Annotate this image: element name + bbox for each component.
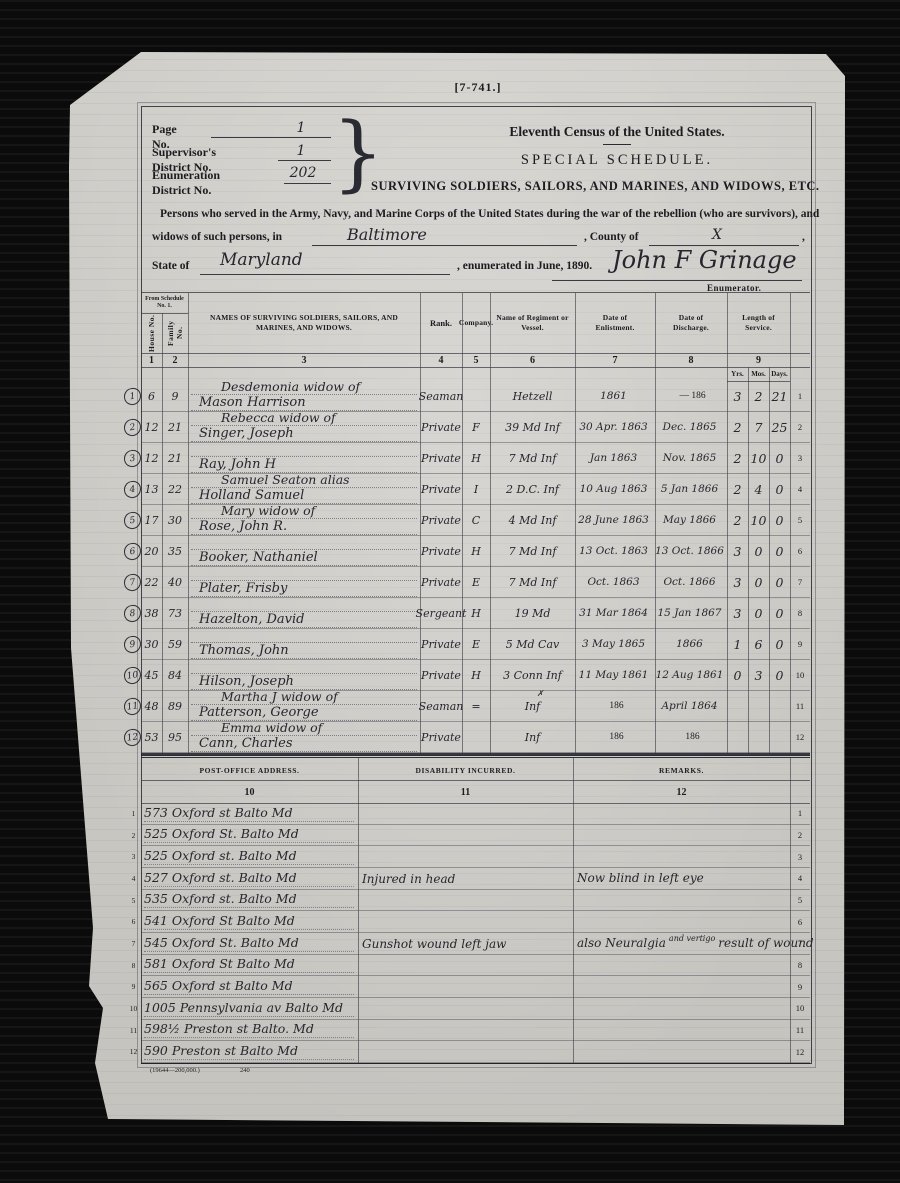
service-years: 2 <box>727 505 748 535</box>
row-number: 5 <box>790 505 810 535</box>
row-tally-mark: 11 <box>123 697 142 716</box>
service-years: 2 <box>727 474 748 504</box>
row-number-left: 6 <box>127 911 140 932</box>
discharge-date: 12 Aug 1861 <box>655 660 727 690</box>
table-row: 10 45 84 Hilson, Joseph Private H 3 Conn… <box>141 660 810 691</box>
enlistment-date: 11 May 1861 <box>575 660 655 690</box>
length-sub-mos: Mos. <box>748 367 769 381</box>
regiment: 19 Md <box>490 598 575 628</box>
service-days: 0 <box>769 629 790 659</box>
table-row: 10 1005 Pennsylvania av Balto Md 10 <box>141 998 810 1020</box>
table-row: 12 53 95 Emma widow of Cann, Charles Pri… <box>141 722 810 753</box>
family-no: 59 <box>162 629 188 659</box>
discharge-date: Dec. 1865 <box>655 412 727 442</box>
col-header-length: Length of Service. <box>733 301 784 345</box>
regiment-annotation: ✗ <box>537 689 544 698</box>
document-page: ✓ [7-741.] Page No. 1 Supervisor's Distr… <box>66 48 848 1130</box>
service-years <box>727 691 748 721</box>
soldier-name: Singer, Joseph <box>191 426 417 442</box>
row-number-left: 12 <box>127 1041 140 1062</box>
disability: Injured in head <box>362 872 570 886</box>
service-days: 21 <box>769 381 790 411</box>
service-months <box>748 691 769 721</box>
enlistment-date: Jan 1863 <box>575 443 655 473</box>
rank: Private <box>420 505 462 535</box>
rank: Private <box>420 474 462 504</box>
family-no: 73 <box>162 598 188 628</box>
remarks: also Neuralgia and vertigo result of wou… <box>577 936 789 951</box>
soldier-name: Thomas, John <box>191 643 417 659</box>
regiment: 39 Md Inf <box>490 412 575 442</box>
service-days: 0 <box>769 536 790 566</box>
table-row: 1 6 9 Desdemonia widow of Mason Harrison… <box>141 381 810 412</box>
enlistment-date: 13 Oct. 1863 <box>575 536 655 566</box>
discharge-date: April 1864 <box>655 691 727 721</box>
col-number: 5 <box>462 353 490 367</box>
regiment: 2 D.C. Inf <box>490 474 575 504</box>
rank: Sergeant <box>420 598 462 628</box>
name-cell: Emma widow of Cann, Charles <box>188 722 420 752</box>
house-no: 45 <box>141 660 162 690</box>
enlistment-date: 31 Mar 1864 <box>575 598 655 628</box>
intro-line2: widows of such persons, in Baltimore , C… <box>152 229 812 247</box>
company <box>462 381 490 411</box>
post-office-address: 527 Oxford st. Balto Md <box>144 870 354 887</box>
enlistment-date: 186 <box>575 691 655 721</box>
soldier-name: Cann, Charles <box>191 736 417 752</box>
print-code-2: 240 <box>240 1067 250 1074</box>
length-sub-yrs: Yrs. <box>727 367 748 381</box>
table-row: 9 30 59 Thomas, John Private E 5 Md Cav … <box>141 629 810 660</box>
service-years: 0 <box>727 660 748 690</box>
house-no: 30 <box>141 629 162 659</box>
house-no: 20 <box>141 536 162 566</box>
family-no: 30 <box>162 505 188 535</box>
regiment: Hetzell <box>490 381 575 411</box>
company: H <box>462 598 490 628</box>
row-tally-mark: 9 <box>123 635 142 654</box>
table-row: 11 48 89 Martha J widow of Patterson, Ge… <box>141 691 810 722</box>
service-days: 0 <box>769 567 790 597</box>
state-label: State of <box>152 260 189 272</box>
table-row: 3 12 21 Ray, John H Private H 7 Md Inf J… <box>141 443 810 474</box>
house-no: 13 <box>141 474 162 504</box>
row-number-right: 11 <box>790 1020 810 1041</box>
col-header-names: NAMES OF SURVIVING SOLDIERS, SAILORS, AN… <box>198 301 410 345</box>
address-table-rows: 1 573 Oxford st Balto Md 1 2 525 Oxford … <box>141 803 810 1063</box>
row-number-left: 9 <box>127 976 140 997</box>
rank: Private <box>420 629 462 659</box>
service-months: 0 <box>748 598 769 628</box>
regiment: 5 Md Cav <box>490 629 575 659</box>
col-header-rank: Rank. <box>420 301 462 345</box>
widow-name: Rebecca widow of <box>191 411 417 426</box>
row-number: 3 <box>790 443 810 473</box>
row-tally-mark: 2 <box>123 418 142 437</box>
house-no: 38 <box>141 598 162 628</box>
form-code: [7-741.] <box>433 80 523 95</box>
service-years <box>727 722 748 752</box>
enlistment-date: 1861 <box>575 381 655 411</box>
widow-name <box>191 598 417 612</box>
row-tally-mark: 3 <box>123 449 142 468</box>
family-no: 21 <box>162 443 188 473</box>
family-no: 35 <box>162 536 188 566</box>
house-no: 48 <box>141 691 162 721</box>
discharge-date: 15 Jan 1867 <box>655 598 727 628</box>
row-number-right: 5 <box>790 890 810 911</box>
service-days: 0 <box>769 505 790 535</box>
widow-name: Martha J widow of <box>191 690 417 705</box>
name-cell: Thomas, John <box>188 629 420 659</box>
county-value: X <box>712 227 722 243</box>
row-number-left: 7 <box>127 933 140 954</box>
col-number: 10 <box>141 784 358 800</box>
row-number: 2 <box>790 412 810 442</box>
post-office-address: 590 Preston st Balto Md <box>144 1043 354 1060</box>
post-office-address: 541 Oxford St Balto Md <box>144 913 354 930</box>
service-months: 2 <box>748 381 769 411</box>
row-tally-mark: 7 <box>123 573 142 592</box>
family-no: 95 <box>162 722 188 752</box>
service-table: From Schedule No. 1. House No. Family No… <box>141 292 810 755</box>
rank: Private <box>420 722 462 752</box>
state-value: Maryland <box>220 250 303 270</box>
table-row: 6 541 Oxford St Balto Md 6 <box>141 911 810 933</box>
service-days: 0 <box>769 443 790 473</box>
col-header-discharge: Date of Discharge. <box>665 301 717 345</box>
family-no: 40 <box>162 567 188 597</box>
row-tally-mark: 10 <box>123 666 142 685</box>
name-cell: Hilson, Joseph <box>188 660 420 690</box>
enlistment-date: 28 June 1863 <box>575 505 655 535</box>
soldier-name: Rose, John R. <box>191 519 417 535</box>
service-years: 2 <box>727 412 748 442</box>
county-label: , County of <box>584 231 639 243</box>
discharge-date: Nov. 1865 <box>655 443 727 473</box>
row-number-left: 11 <box>127 1020 140 1041</box>
service-months: 0 <box>748 567 769 597</box>
service-days: 25 <box>769 412 790 442</box>
scan-background: ✓ [7-741.] Page No. 1 Supervisor's Distr… <box>0 0 900 1183</box>
service-years: 3 <box>727 598 748 628</box>
intro-line1: Persons who served in the Army, Navy, an… <box>160 208 819 220</box>
house-no: 12 <box>141 443 162 473</box>
col-number: 2 <box>162 353 188 367</box>
service-years: 3 <box>727 567 748 597</box>
discharge-date: 13 Oct. 1866 <box>655 536 727 566</box>
name-cell: Martha J widow of Patterson, George <box>188 691 420 721</box>
row-number-right: 8 <box>790 955 810 976</box>
service-table-rows: 1 6 9 Desdemonia widow of Mason Harrison… <box>141 381 810 753</box>
supervisors-district-value: 1 <box>286 143 316 159</box>
house-no: 22 <box>141 567 162 597</box>
table-row: 8 581 Oxford St Balto Md 8 <box>141 955 810 977</box>
discharge-date: — 186 <box>655 381 727 411</box>
enlistment-date: 10 Aug 1863 <box>575 474 655 504</box>
service-months: 0 <box>748 536 769 566</box>
row-tally-mark: 8 <box>123 604 142 623</box>
service-days: 0 <box>769 474 790 504</box>
service-years: 3 <box>727 381 748 411</box>
col-header-enlistment: Date of Enlistment. <box>585 301 645 345</box>
name-cell: Booker, Nathaniel <box>188 536 420 566</box>
length-sub-days: Days. <box>769 367 790 381</box>
widow-name <box>191 536 417 550</box>
table-row: 4 13 22 Samuel Seaton alias Holland Samu… <box>141 474 810 505</box>
enumeration-district-label: Enumeration District No. <box>152 168 220 198</box>
widow-name <box>191 443 417 457</box>
row-tally-mark: 12 <box>123 728 142 747</box>
col-number: 1 <box>141 353 162 367</box>
table-row: 6 20 35 Booker, Nathaniel Private H 7 Md… <box>141 536 810 567</box>
service-months: 10 <box>748 505 769 535</box>
house-no: 17 <box>141 505 162 535</box>
row-number-right: 7 <box>790 933 810 954</box>
service-days: 0 <box>769 598 790 628</box>
family-no: 84 <box>162 660 188 690</box>
post-office-address: 1005 Pennsylvania av Balto Md <box>144 1000 354 1017</box>
widow-name: Emma widow of <box>191 721 417 736</box>
col-number: 9 <box>727 353 790 367</box>
row-tally-mark: 1 <box>123 387 142 406</box>
enumeration-district-value: 202 <box>281 165 325 181</box>
post-office-address: 573 Oxford st Balto Md <box>144 805 354 822</box>
census-title: Eleventh Census of the United States. <box>417 124 817 140</box>
name-cell: Rebecca widow of Singer, Joseph <box>188 412 420 442</box>
row-number-left: 8 <box>127 955 140 976</box>
place-value: Baltimore <box>347 225 427 244</box>
service-days: 0 <box>769 660 790 690</box>
service-months: 6 <box>748 629 769 659</box>
rank: Private <box>420 536 462 566</box>
col-header-disability: DISABILITY INCURRED. <box>358 762 573 778</box>
row-number-right: 2 <box>790 825 810 846</box>
company: F <box>462 412 490 442</box>
table-row: 7 545 Oxford St. Balto Md Gunshot wound … <box>141 933 810 955</box>
table-row: 2 525 Oxford St. Balto Md 2 <box>141 825 810 847</box>
row-number-left: 5 <box>127 890 140 911</box>
row-tally-mark: 6 <box>123 542 142 561</box>
state-line: State of Maryland , enumerated in June, … <box>152 256 812 290</box>
schedule-title: SPECIAL SCHEDULE. <box>417 152 817 169</box>
table-row: 8 38 73 Hazelton, David Sergeant H 19 Md… <box>141 598 810 629</box>
discharge-date: 186 <box>655 722 727 752</box>
widow-name <box>191 567 417 581</box>
col-number: 8 <box>655 353 727 367</box>
service-days <box>769 722 790 752</box>
post-office-address: 525 Oxford St. Balto Md <box>144 826 354 843</box>
col-number: 11 <box>358 784 573 800</box>
page-no-value: 1 <box>286 120 316 136</box>
discharge-date: 1866 <box>655 629 727 659</box>
company: E <box>462 629 490 659</box>
discharge-date: 5 Jan 1866 <box>655 474 727 504</box>
table-row: 11 598½ Preston st Balto. Md 11 <box>141 1020 810 1042</box>
company: C <box>462 505 490 535</box>
name-cell: Mary widow of Rose, John R. <box>188 505 420 535</box>
address-table: POST-OFFICE ADDRESS. DISABILITY INCURRED… <box>141 755 810 1064</box>
service-months: 4 <box>748 474 769 504</box>
soldier-name: Ray, John H <box>191 457 417 473</box>
table-row: 5 17 30 Mary widow of Rose, John R. Priv… <box>141 505 810 536</box>
regiment: 7 Md Inf <box>490 536 575 566</box>
rank: Private <box>420 567 462 597</box>
table-row: 2 12 21 Rebecca widow of Singer, Joseph … <box>141 412 810 443</box>
name-cell: Hazelton, David <box>188 598 420 628</box>
company: E <box>462 567 490 597</box>
row-number-left: 2 <box>127 825 140 846</box>
soldier-name: Hilson, Joseph <box>191 674 417 690</box>
service-years: 2 <box>727 443 748 473</box>
row-number-right: 4 <box>790 868 810 889</box>
row-number-left: 10 <box>127 998 140 1019</box>
print-code: (19644—200,000.) <box>150 1067 200 1074</box>
col-number: 3 <box>188 353 420 367</box>
col-number: 4 <box>420 353 462 367</box>
row-number-right: 9 <box>790 976 810 997</box>
row-number: 1 <box>790 381 810 411</box>
col-header-company: Company. <box>462 301 490 345</box>
company: H <box>462 443 490 473</box>
soldier-name: Hazelton, David <box>191 612 417 628</box>
col-header-remarks: REMARKS. <box>573 762 790 778</box>
table-row: 9 565 Oxford st Balto Md 9 <box>141 976 810 998</box>
row-tally-mark: 4 <box>123 480 142 499</box>
row-number: 6 <box>790 536 810 566</box>
row-number: 12 <box>790 722 810 752</box>
soldier-name: Patterson, George <box>191 705 417 721</box>
widow-name: Desdemonia widow of <box>191 380 417 395</box>
row-number: 9 <box>790 629 810 659</box>
col-header-address: POST-OFFICE ADDRESS. <box>141 762 358 778</box>
row-number-right: 3 <box>790 846 810 867</box>
company: H <box>462 660 490 690</box>
name-cell: Ray, John H <box>188 443 420 473</box>
regiment: Inf <box>490 722 575 752</box>
row-number-right: 10 <box>790 998 810 1019</box>
disability: Gunshot wound left jaw <box>362 937 570 951</box>
table-row: 4 527 Oxford st. Balto Md Injured in hea… <box>141 868 810 890</box>
service-months: 10 <box>748 443 769 473</box>
col-number: 6 <box>490 353 575 367</box>
row-number: 10 <box>790 660 810 690</box>
row-number-right: 12 <box>790 1041 810 1062</box>
regiment: 4 Md Inf <box>490 505 575 535</box>
row-number: 7 <box>790 567 810 597</box>
soldier-name: Plater, Frisby <box>191 581 417 597</box>
post-office-address: 581 Oxford St Balto Md <box>144 956 354 973</box>
check-mark: ✓ <box>88 55 117 92</box>
service-months: 3 <box>748 660 769 690</box>
name-cell: Samuel Seaton alias Holland Samuel <box>188 474 420 504</box>
regiment: ✗ Inf <box>490 691 575 721</box>
remarks-insertion: and vertigo <box>669 934 715 943</box>
widow-name <box>191 660 417 674</box>
enlistment-date: 30 Apr. 1863 <box>575 412 655 442</box>
row-number: 8 <box>790 598 810 628</box>
post-office-address: 598½ Preston st Balto. Md <box>144 1021 354 1038</box>
row-tally-mark: 5 <box>123 511 142 530</box>
widow-name <box>191 629 417 643</box>
col-header-house: House No. <box>141 313 162 353</box>
post-office-address: 565 Oxford st Balto Md <box>144 978 354 995</box>
row-number-left: 1 <box>127 803 140 824</box>
name-cell: Desdemonia widow of Mason Harrison <box>188 381 420 411</box>
table-row: 7 22 40 Plater, Frisby Private E 7 Md In… <box>141 567 810 598</box>
rank: Seaman <box>420 691 462 721</box>
rank: Seaman <box>420 381 462 411</box>
col-header-regiment: Name of Regiment or Vessel. <box>495 301 570 345</box>
soldier-name: Booker, Nathaniel <box>191 550 417 566</box>
discharge-date: Oct. 1866 <box>655 567 727 597</box>
discharge-date: May 1866 <box>655 505 727 535</box>
name-cell: Plater, Frisby <box>188 567 420 597</box>
widow-name: Mary widow of <box>191 504 417 519</box>
rank: Private <box>420 443 462 473</box>
row-number: 4 <box>790 474 810 504</box>
rank: Private <box>420 660 462 690</box>
col-number: 7 <box>575 353 655 367</box>
col-header-family: Family No. <box>162 313 188 353</box>
enlistment-date: 3 May 1865 <box>575 629 655 659</box>
house-no: 6 <box>141 381 162 411</box>
service-years: 3 <box>727 536 748 566</box>
remarks: Now blind in left eye <box>577 871 789 886</box>
table-row: 3 525 Oxford st. Balto Md 3 <box>141 846 810 868</box>
title-divider <box>603 144 631 145</box>
soldier-name: Holland Samuel <box>191 488 417 504</box>
row-number-left: 3 <box>127 846 140 867</box>
table-row: 1 573 Oxford st Balto Md 1 <box>141 803 810 825</box>
enlistment-date: Oct. 1863 <box>575 567 655 597</box>
post-office-address: 545 Oxford St. Balto Md <box>144 935 354 952</box>
service-days <box>769 691 790 721</box>
company: = <box>462 691 490 721</box>
table-row: 5 535 Oxford st. Balto Md 5 <box>141 890 810 912</box>
enumerator-signature: John F Grinage <box>612 246 797 274</box>
regiment: 7 Md Inf <box>490 567 575 597</box>
schedule-subtitle: SURVIVING SOLDIERS, SAILORS, AND MARINES… <box>371 179 811 194</box>
rank: Private <box>420 412 462 442</box>
service-months <box>748 722 769 752</box>
company: H <box>462 536 490 566</box>
regiment: 7 Md Inf <box>490 443 575 473</box>
company <box>462 722 490 752</box>
service-years: 1 <box>727 629 748 659</box>
company: I <box>462 474 490 504</box>
row-number-left: 4 <box>127 868 140 889</box>
post-office-address: 535 Oxford st. Balto Md <box>144 891 354 908</box>
service-months: 7 <box>748 412 769 442</box>
row-number-right: 6 <box>790 911 810 932</box>
widow-name: Samuel Seaton alias <box>191 473 417 488</box>
row-number: 11 <box>790 691 810 721</box>
col-number: 12 <box>573 784 790 800</box>
post-office-address: 525 Oxford st. Balto Md <box>144 848 354 865</box>
family-no: 9 <box>162 381 188 411</box>
row-number-right: 1 <box>790 803 810 824</box>
enlistment-date: 186 <box>575 722 655 752</box>
family-no: 89 <box>162 691 188 721</box>
table-row: 12 590 Preston st Balto Md 12 <box>141 1041 810 1063</box>
family-no: 21 <box>162 412 188 442</box>
house-no: 12 <box>141 412 162 442</box>
schedule-note: From Schedule No. 1. <box>141 294 188 312</box>
soldier-name: Mason Harrison <box>191 395 417 411</box>
regiment: 3 Conn Inf <box>490 660 575 690</box>
house-no: 53 <box>141 722 162 752</box>
